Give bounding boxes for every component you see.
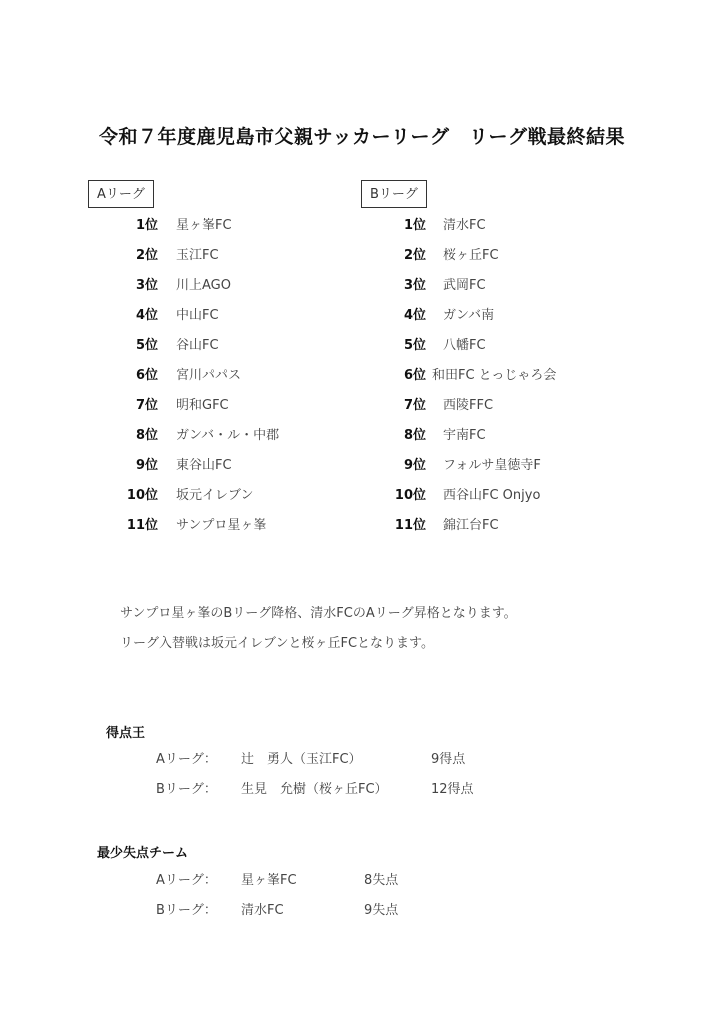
player-name: 辻 勇人（玉江FC） bbox=[241, 750, 362, 770]
rank: 5位 bbox=[366, 331, 426, 361]
player-name: 生見 允樹（桜ヶ丘FC） bbox=[241, 780, 388, 800]
league-b-rankings: 1位清水FC 2位桜ヶ丘FC 3位武岡FC 4位ガンバ南 5位八幡FC 6位和田… bbox=[0, 211, 724, 541]
team-name: フォルサ皇徳寺F bbox=[443, 451, 541, 481]
team-name: 武岡FC bbox=[443, 271, 486, 301]
page-title: 令和７年度鹿児島市父親サッカーリーグ リーグ戦最終結果 bbox=[0, 122, 724, 149]
list-item: 9位フォルサ皇徳寺F bbox=[0, 451, 724, 481]
team-name: 星ヶ峯FC bbox=[241, 871, 297, 891]
rank: 9位 bbox=[366, 451, 426, 481]
list-item: 6位和田FC とっじゃろ会 bbox=[0, 361, 724, 391]
top-scorer-heading: 得点王 bbox=[106, 722, 145, 741]
conceded-value: 8失点 bbox=[364, 871, 398, 891]
team-name: 八幡FC bbox=[443, 331, 486, 361]
list-item: 2位桜ヶ丘FC bbox=[0, 241, 724, 271]
rank: 8位 bbox=[366, 421, 426, 451]
league-b-label: Bリーグ bbox=[361, 180, 427, 208]
team-name: 和田FC とっじゃろ会 bbox=[432, 361, 556, 391]
fewest-conceded-heading: 最少失点チーム bbox=[97, 842, 188, 861]
note-promotion: サンプロ星ヶ峯のBリーグ降格、清水FCのAリーグ昇格となります。 bbox=[120, 602, 517, 621]
team-name: 清水FC bbox=[241, 901, 284, 921]
conceded-value: 9失点 bbox=[364, 901, 398, 921]
top-scorer-row-a: Aリーグ： 辻 勇人（玉江FC） 9得点 bbox=[0, 750, 724, 770]
team-name: 錦江台FC bbox=[443, 511, 499, 541]
rank: 11位 bbox=[366, 511, 426, 541]
team-name: 宇南FC bbox=[443, 421, 486, 451]
fewest-conceded-row-b: Bリーグ： 清水FC 9失点 bbox=[0, 901, 724, 921]
team-name: 清水FC bbox=[443, 211, 486, 241]
league-label: Bリーグ： bbox=[156, 901, 217, 921]
league-a-label: Aリーグ bbox=[88, 180, 154, 208]
rank: 1位 bbox=[366, 211, 426, 241]
team-name: ガンバ南 bbox=[443, 301, 494, 331]
fewest-conceded-row-a: Aリーグ： 星ヶ峯FC 8失点 bbox=[0, 871, 724, 891]
list-item: 7位西陵FFC bbox=[0, 391, 724, 421]
list-item: 4位ガンバ南 bbox=[0, 301, 724, 331]
list-item: 10位西谷山FC Onjyo bbox=[0, 481, 724, 511]
league-label: Aリーグ： bbox=[156, 871, 217, 891]
list-item: 3位武岡FC bbox=[0, 271, 724, 301]
goals-value: 9得点 bbox=[431, 750, 465, 770]
top-scorer-row-b: Bリーグ： 生見 允樹（桜ヶ丘FC） 12得点 bbox=[0, 780, 724, 800]
rank: 4位 bbox=[366, 301, 426, 331]
note-playoff: リーグ入替戦は坂元イレブンと桜ヶ丘FCとなります。 bbox=[120, 632, 434, 651]
goals-value: 12得点 bbox=[431, 780, 474, 800]
team-name: 西陵FFC bbox=[443, 391, 493, 421]
list-item: 11位錦江台FC bbox=[0, 511, 724, 541]
rank: 3位 bbox=[366, 271, 426, 301]
list-item: 8位宇南FC bbox=[0, 421, 724, 451]
list-item: 5位八幡FC bbox=[0, 331, 724, 361]
rank: 10位 bbox=[366, 481, 426, 511]
team-name: 西谷山FC Onjyo bbox=[443, 481, 540, 511]
league-label: Aリーグ： bbox=[156, 750, 217, 770]
list-item: 1位清水FC bbox=[0, 211, 724, 241]
rank: 2位 bbox=[366, 241, 426, 271]
team-name: 桜ヶ丘FC bbox=[443, 241, 499, 271]
rank: 7位 bbox=[366, 391, 426, 421]
rank: 6位 bbox=[366, 361, 426, 391]
league-label: Bリーグ： bbox=[156, 780, 217, 800]
